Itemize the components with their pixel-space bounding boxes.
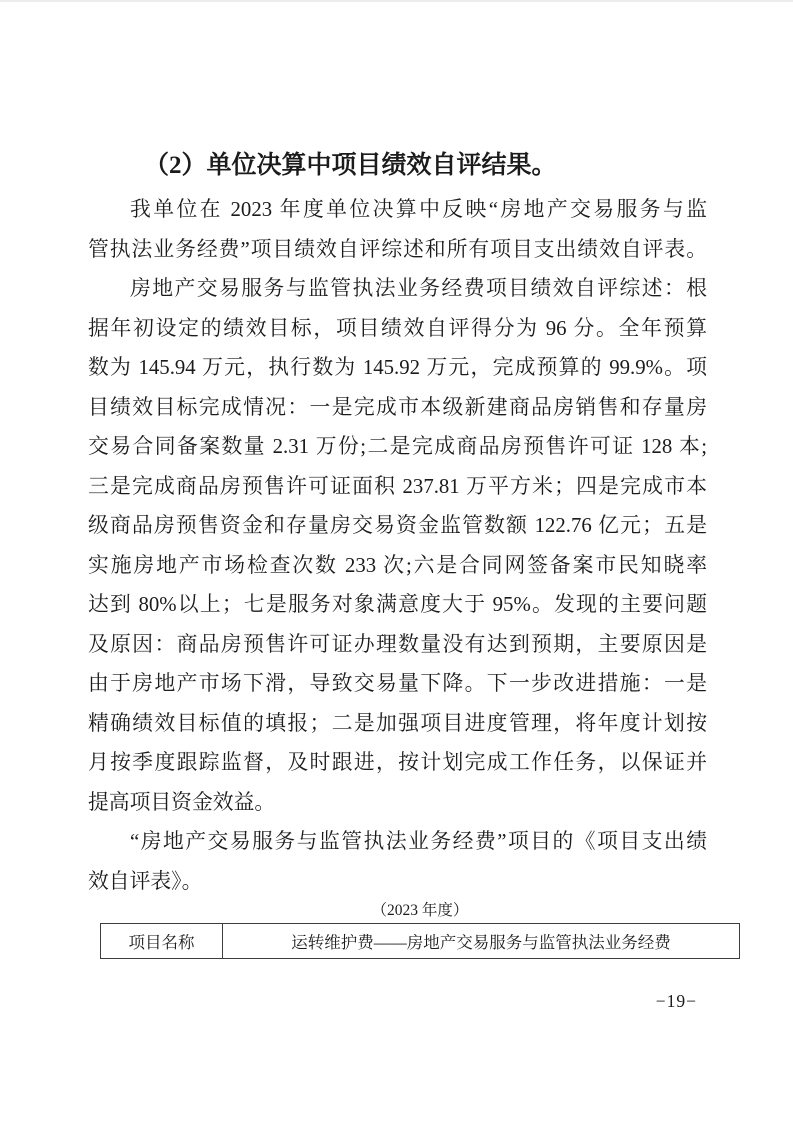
page-number: −19− bbox=[656, 991, 697, 1012]
section-heading: （2）单位决算中项目绩效自评结果。 bbox=[88, 147, 708, 185]
body-line: 效自评表》。 bbox=[88, 862, 707, 902]
body-text: 我单位在 2023 年度单位决算中反映“房地产交易服务与监管执法业务经费”项目绩… bbox=[88, 190, 707, 901]
body-line: 管执法业务经费”项目绩效自评综述和所有项目支出绩效自评表。 bbox=[88, 230, 707, 270]
body-line: 目绩效目标完成情况：一是完成市本级新建商品房销售和存量房 bbox=[88, 388, 707, 428]
body-line: “房地产交易服务与监管执法业务经费”项目的《项目支出绩 bbox=[88, 822, 707, 862]
project-name-label-cell: 项目名称 bbox=[101, 924, 223, 958]
body-line: 级商品房预售资金和存量房交易资金监管数额 122.76 亿元；五是 bbox=[88, 506, 707, 546]
page-top-edge bbox=[0, 0, 793, 2]
body-line: 达到 80%以上；七是服务对象满意度大于 95%。发现的主要问题 bbox=[88, 585, 707, 625]
body-line: 精确绩效目标值的填报；二是加强项目进度管理，将年度计划按 bbox=[88, 704, 707, 744]
body-line: 交易合同备案数量 2.31 万份;二是完成商品房预售许可证 128 本; bbox=[88, 427, 707, 467]
project-table: 项目名称 运转维护费——房地产交易服务与监管执法业务经费 bbox=[100, 923, 740, 959]
body-line: 我单位在 2023 年度单位决算中反映“房地产交易服务与监 bbox=[88, 190, 707, 230]
body-line: 月按季度跟踪监督，及时跟进，按计划完成工作任务，以保证并 bbox=[88, 743, 707, 783]
document-page: （2）单位决算中项目绩效自评结果。 我单位在 2023 年度单位决算中反映“房地… bbox=[0, 0, 793, 1122]
table-year-caption: （2023 年度） bbox=[100, 900, 740, 921]
body-line: 由于房地产市场下滑，导致交易量下降。下一步改进措施：一是 bbox=[88, 664, 707, 704]
project-name-value-cell: 运转维护费——房地产交易服务与监管执法业务经费 bbox=[223, 924, 739, 958]
body-line: 及原因：商品房预售许可证办理数量没有达到预期，主要原因是 bbox=[88, 625, 707, 665]
body-line: 房地产交易服务与监管执法业务经费项目绩效自评综述：根 bbox=[88, 269, 707, 309]
body-line: 三是完成商品房预售许可证面积 237.81 万平方米；四是完成市本 bbox=[88, 467, 707, 507]
body-line: 数为 145.94 万元，执行数为 145.92 万元，完成预算的 99.9%。… bbox=[88, 348, 707, 388]
body-line: 提高项目资金效益。 bbox=[88, 783, 707, 823]
body-line: 实施房地产市场检查次数 233 次;六是合同网签备案市民知晓率 bbox=[88, 546, 707, 586]
body-line: 据年初设定的绩效目标，项目绩效自评得分为 96 分。全年预算 bbox=[88, 309, 707, 349]
